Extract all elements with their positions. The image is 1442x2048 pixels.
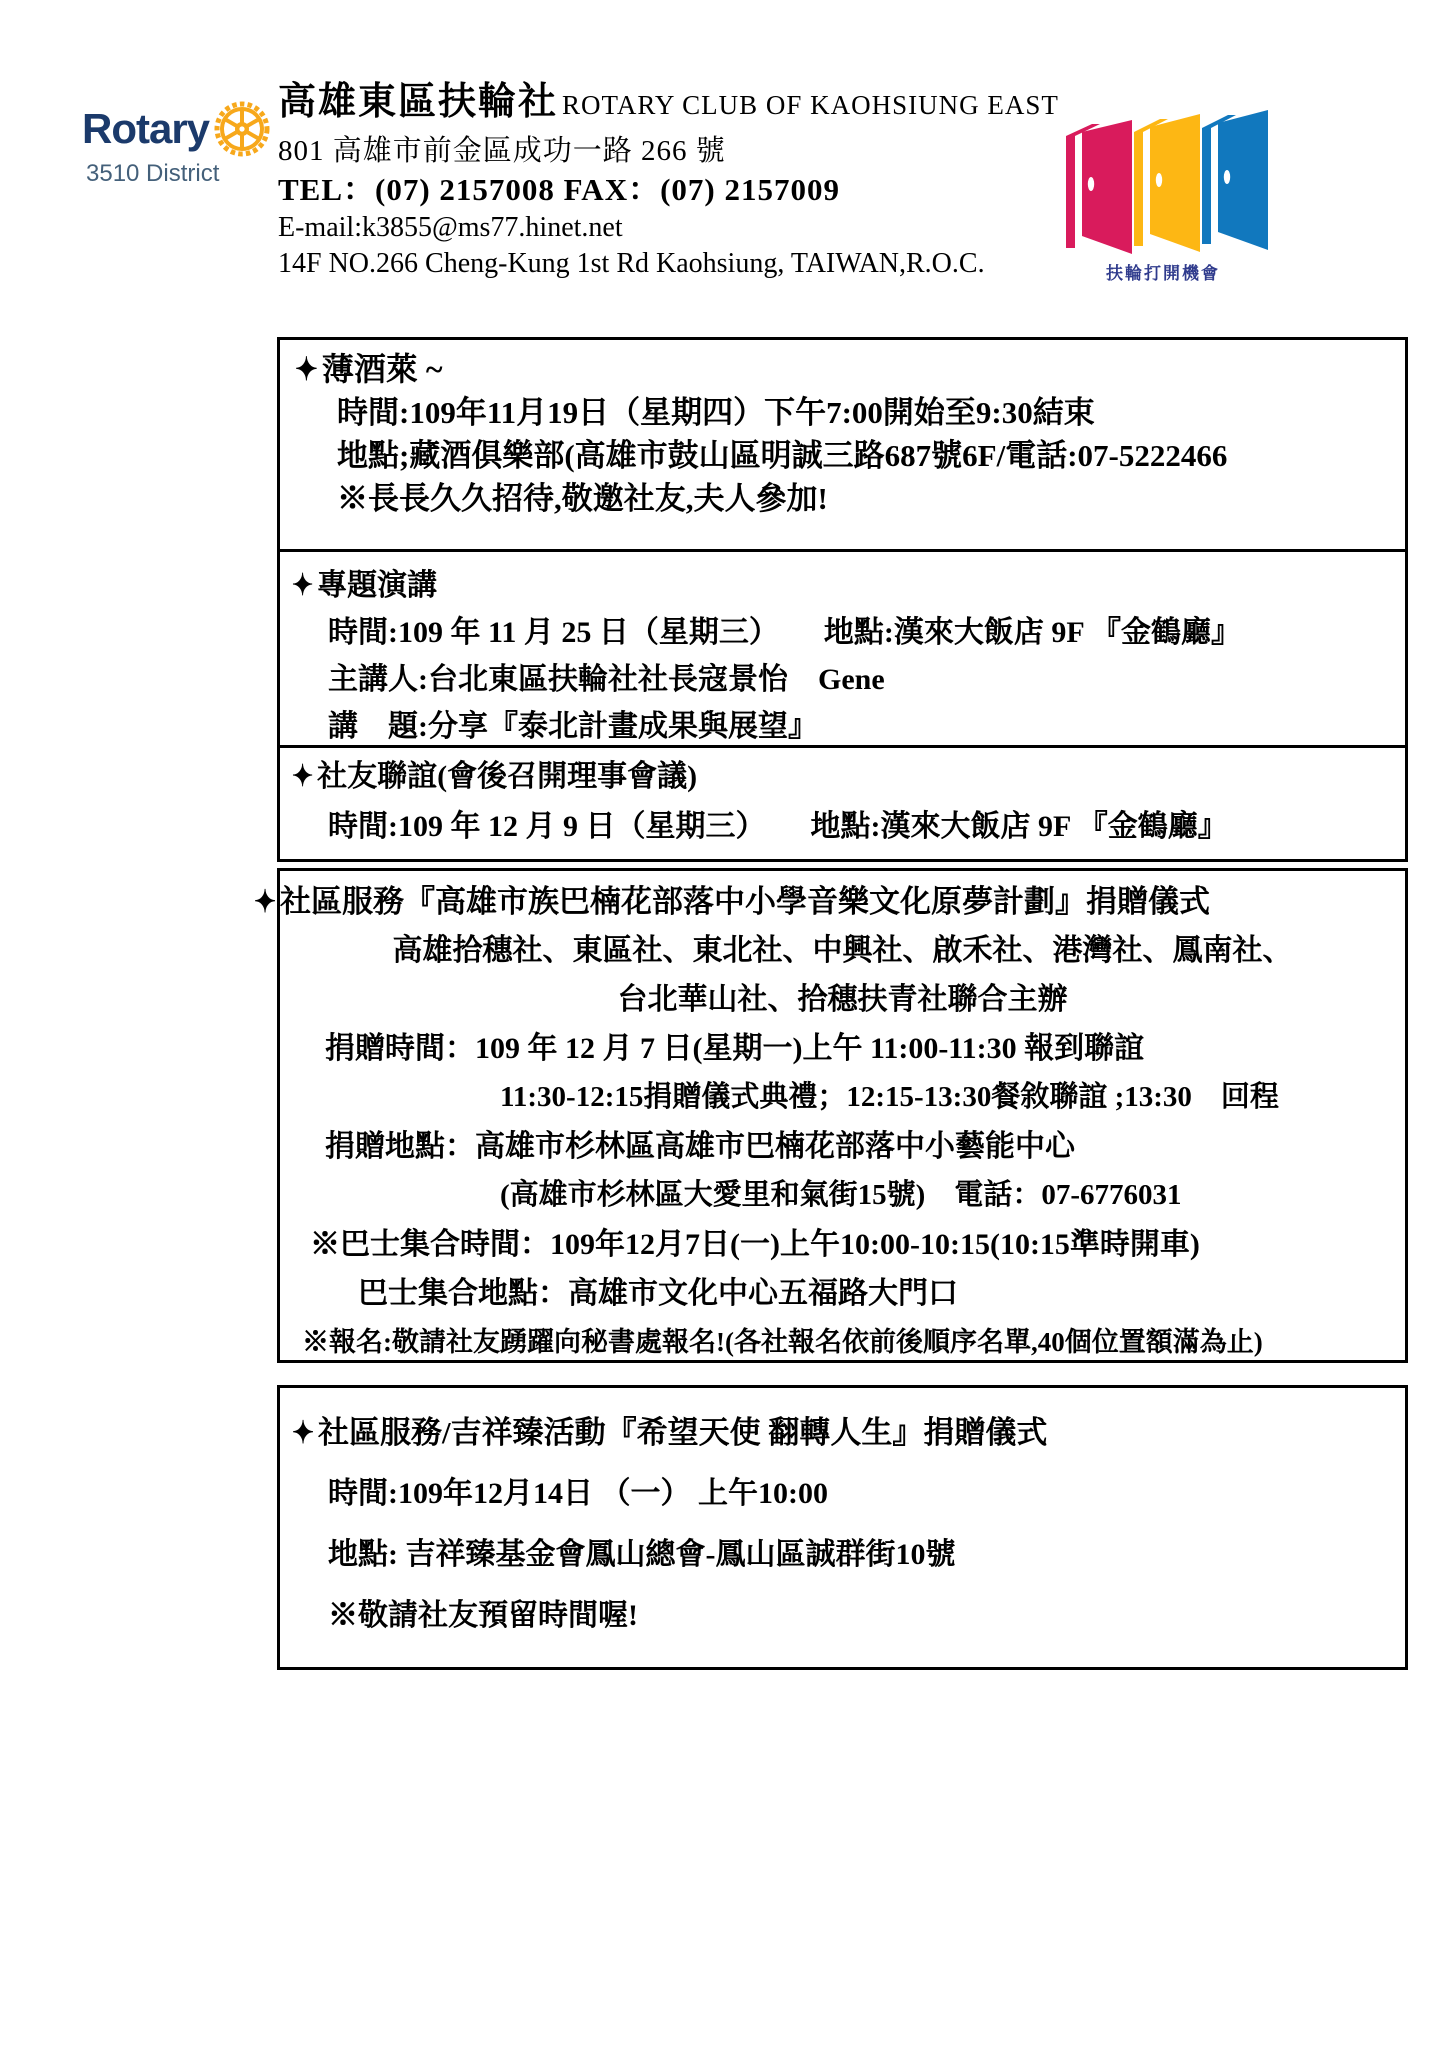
rotary-district-logo: Rotary 3510 Di — [82, 100, 282, 188]
section-line: 主講人:台北東區扶輪社社長寇景怡 Gene — [280, 656, 1405, 703]
section-line: ※報名:敬請社友踴躍向秘書處報名!(各社報名依前後順序名單,40個位置額滿為止) — [280, 1318, 1405, 1367]
section-line: 台北華山社、拾穗扶青社聯合主辦 — [280, 975, 1405, 1024]
section-line: 時間:109 年 12 月 9 日（星期三） 地點:漢來大飯店 9F 『金鶴廳』 — [280, 802, 1405, 852]
section-line: 時間:109年11月19日（星期四）下午7:00開始至9:30結束 — [280, 391, 1405, 434]
diamond-bullet-icon: ✦ — [295, 348, 318, 391]
club-name-en: ROTARY CLUB OF KAOHSIUNG EAST — [562, 90, 1059, 120]
ri-theme-logo: 扶輪打開機會 — [1052, 110, 1274, 284]
club-address-en: 14F NO.266 Cheng-Kung 1st Rd Kaohsiung, … — [278, 246, 1068, 282]
section-title: 社區服務/吉祥臻活動『希望天使 翻轉人生』捐贈儀式 — [318, 1415, 1047, 1450]
section-line: ※敬請社友預留時間喔! — [280, 1585, 1405, 1646]
section-line: 時間:109 年 11 月 25 日（星期三） 地點:漢來大飯店 9F 『金鶴廳… — [280, 609, 1405, 656]
rotary-wheel-icon — [213, 100, 271, 158]
section-line: ※長長久久招待,敬邀社友,夫人參加! — [280, 477, 1405, 520]
section-line: ※巴士集合時間：109年12月7日(一)上午10:00-10:15(10:15準… — [280, 1220, 1405, 1269]
section-title: 專題演講 — [317, 569, 437, 602]
section-line: 地點: 吉祥臻基金會鳳山總會-鳳山區誠群街10號 — [280, 1524, 1405, 1585]
club-header: 高雄東區扶輪社 ROTARY CLUB OF KAOHSIUNG EAST 80… — [278, 80, 1068, 282]
section-line: 講 題:分享『泰北計畫成果與展望』 — [280, 703, 1405, 750]
section-title: 薄酒萊 ~ — [322, 351, 443, 387]
diamond-bullet-icon: ✦ — [254, 877, 276, 926]
section-line: (高雄市杉林區大愛里和氣街15號) 電話：07-6776031 — [280, 1171, 1405, 1220]
section-line: 時間:109年12月14日 （一） 上午10:00 — [280, 1463, 1405, 1524]
diamond-bullet-icon: ✦ — [292, 1402, 314, 1463]
section-title: 社區服務『高雄市族巴楠花部落中小學音樂文化原夢計劃』捐贈儀式 — [280, 884, 1210, 919]
section-heading: ✦社友聯誼(會後召開理事會議) — [280, 752, 1405, 802]
club-email: E-mail:k3855@ms77.hinet.net — [278, 210, 1068, 246]
section-line: 地點;藏酒俱樂部(高雄市鼓山區明誠三路687號6F/電話:07-5222466 — [280, 434, 1405, 477]
section-heading: ✦專題演講 — [280, 562, 1405, 609]
district-number-label: 3510 District — [82, 160, 282, 188]
section-line: 捐贈時間：109 年 12 月 7 日(星期一)上午 11:00-11:30 報… — [280, 1024, 1405, 1073]
newsletter-page: Rotary 3510 Di — [0, 0, 1442, 2048]
section-community-service-music: ✦社區服務『高雄市族巴楠花部落中小學音樂文化原夢計劃』捐贈儀式 高雄拾穗社、東區… — [277, 868, 1408, 1363]
club-name-zh: 高雄東區扶輪社 — [278, 81, 558, 123]
section-heading: ✦社區服務/吉祥臻活動『希望天使 翻轉人生』捐贈儀式 — [280, 1402, 1405, 1463]
section-line: 高雄拾穗社、東區社、東北社、中興社、啟禾社、港灣社、鳳南社、 — [280, 926, 1405, 975]
announcement-sections: ✦薄酒萊 ~ 時間:109年11月19日（星期四）下午7:00開始至9:30結束… — [277, 337, 1408, 1670]
section-beaujolais: ✦薄酒萊 ~ 時間:109年11月19日（星期四）下午7:00開始至9:30結束… — [277, 337, 1408, 552]
section-heading: ✦薄酒萊 ~ — [280, 348, 1405, 391]
club-title-line: 高雄東區扶輪社 ROTARY CLUB OF KAOHSIUNG EAST — [278, 80, 1068, 132]
club-address-zh: 801 高雄市前金區成功一路 266 號 — [278, 132, 1068, 170]
rotary-wordmark: Rotary — [82, 105, 209, 153]
section-community-service-angel: ✦社區服務/吉祥臻活動『希望天使 翻轉人生』捐贈儀式 時間:109年12月14日… — [277, 1385, 1408, 1670]
diamond-bullet-icon: ✦ — [292, 562, 313, 609]
club-tel-fax: TEL：(07) 2157008 FAX：(07) 2157009 — [278, 170, 1068, 210]
section-line: 11:30-12:15捐贈儀式典禮；12:15-13:30餐敘聯誼 ;13:30… — [280, 1073, 1405, 1122]
section-fellowship: ✦社友聯誼(會後召開理事會議) 時間:109 年 12 月 9 日（星期三） 地… — [277, 748, 1408, 862]
section-heading: ✦社區服務『高雄市族巴楠花部落中小學音樂文化原夢計劃』捐贈儀式 — [252, 877, 1405, 926]
diamond-bullet-icon: ✦ — [292, 752, 313, 802]
section-keynote-speech: ✦專題演講 時間:109 年 11 月 25 日（星期三） 地點:漢來大飯店 9… — [277, 552, 1408, 748]
section-line: 巴士集合地點：高雄市文化中心五福路大門口 — [280, 1269, 1405, 1318]
section-title: 社友聯誼(會後召開理事會議) — [317, 760, 697, 793]
section-line: 捐贈地點：高雄市杉林區高雄市巴楠花部落中小藝能中心 — [280, 1122, 1405, 1171]
